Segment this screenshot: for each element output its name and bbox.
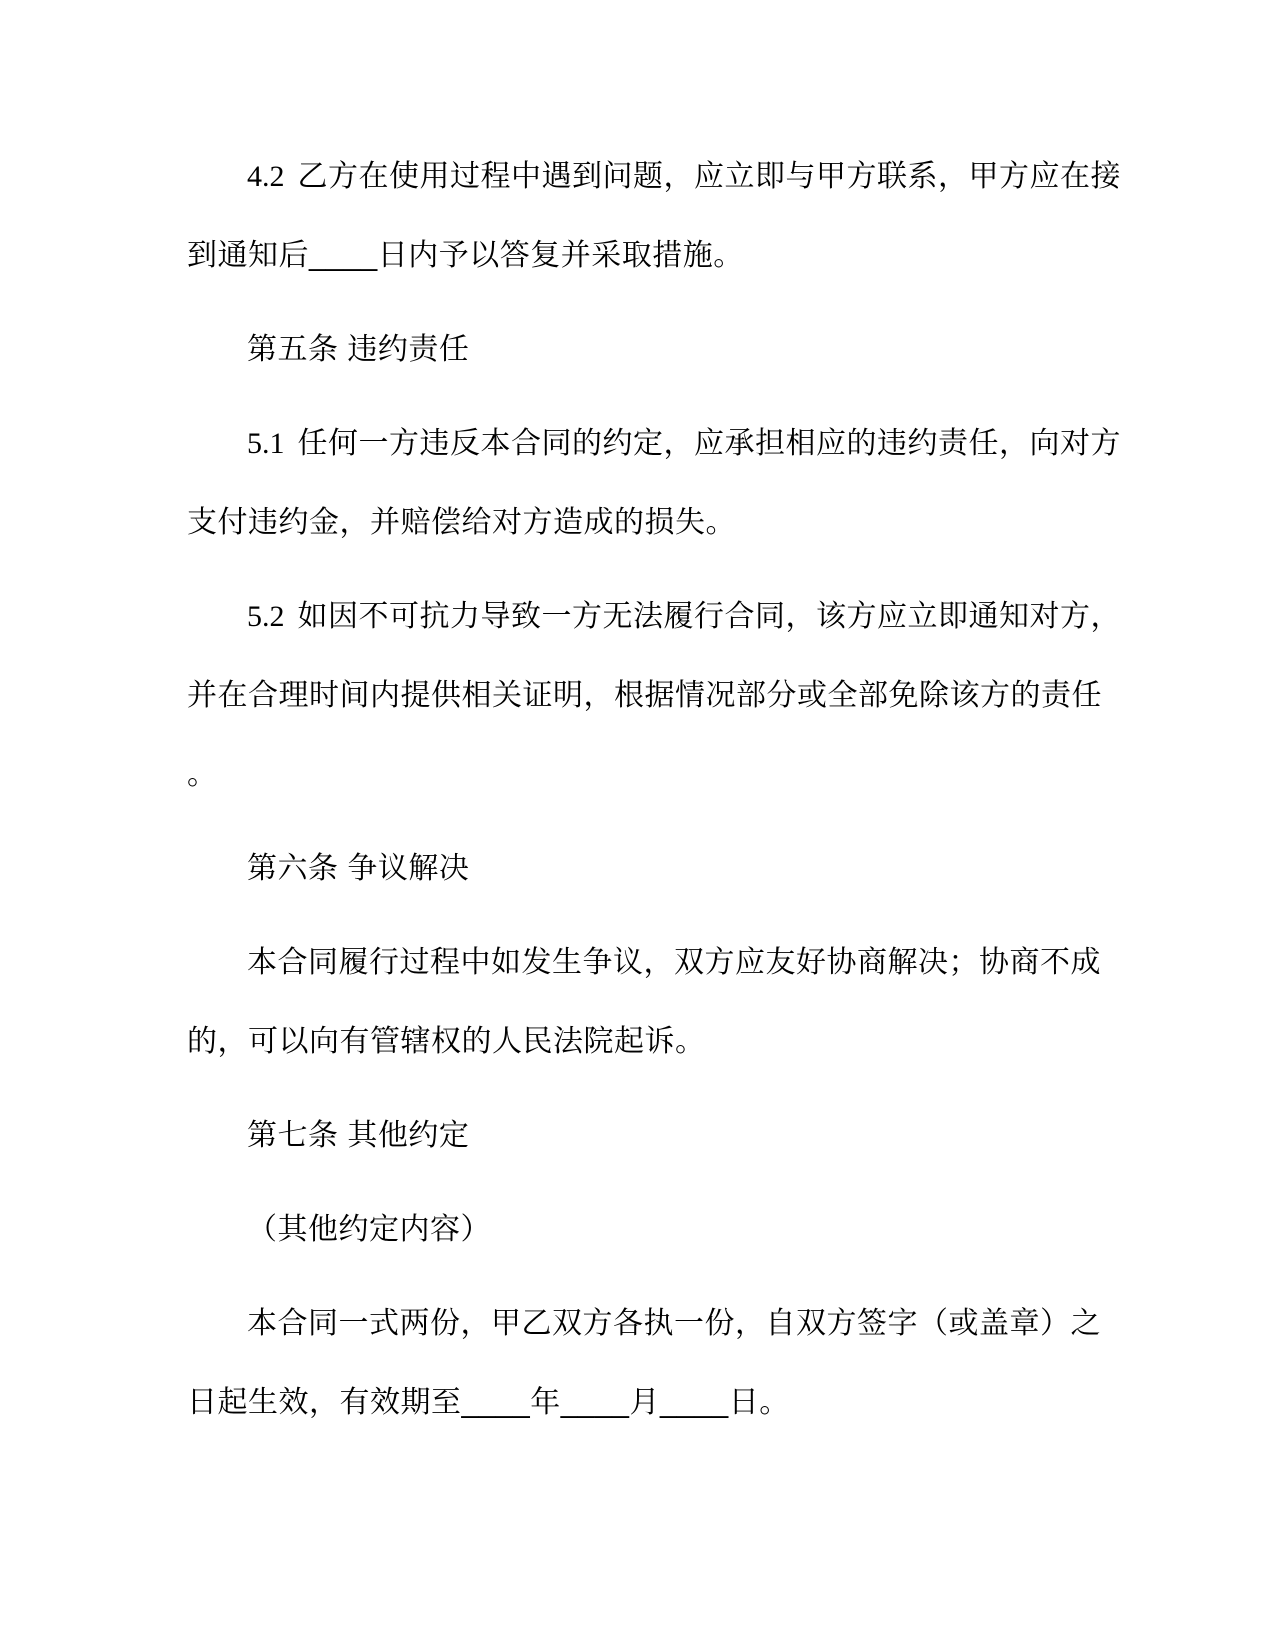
contract-paragraph: 本合同履行过程中如发生争议，双方应友好协商解决；协商不成的，可以向有管辖权的人民… [187,923,1085,1081]
paragraph-line: 第七条 其他约定 [187,1096,1085,1175]
contract-document-page: 4.2乙方在使用过程中遇到问题，应立即与甲方联系，甲方应在接到通知后____日内… [0,0,1275,1650]
clause-heading: 第七条 其他约定 [187,1096,1085,1175]
line-text: 如因不可抗力导致一方无法履行合同，该方应立即通知对方， [298,600,1122,633]
line-text: 乙方在使用过程中遇到问题，应立即与甲方联系，甲方应在接 [298,160,1122,193]
line-text: 支付违约金，并赔偿给对方造成的损失。 [187,506,736,539]
line-text: 。 [187,758,218,791]
line-text: 并在合理时间内提供相关证明，根据情况部分或全部免除该方的责任 [187,679,1102,712]
line-text: 第七条 其他约定 [247,1119,469,1152]
line-text: 本合同履行过程中如发生争议，双方应友好协商解决；协商不成 [247,946,1101,979]
line-text: 日起生效，有效期至____年____月____日。 [187,1386,790,1419]
paragraph-line: 本合同履行过程中如发生争议，双方应友好协商解决；协商不成 [187,923,1085,1002]
clause-number: 4.2 [247,160,285,193]
line-text: 第五条 违约责任 [247,333,469,366]
line-text: 的，可以向有管辖权的人民法院起诉。 [187,1025,706,1058]
paragraph-line: 到通知后____日内予以答复并采取措施。 [187,216,1085,295]
paragraph-line: 4.2乙方在使用过程中遇到问题，应立即与甲方联系，甲方应在接 [187,137,1085,216]
paragraph-line: （其他约定内容） [187,1190,1085,1269]
line-text: 本合同一式两份，甲乙双方各执一份，自双方签字（或盖章）之 [247,1307,1101,1340]
contract-paragraph: 5.1任何一方违反本合同的约定，应承担相应的违约责任，向对方支付违约金，并赔偿给… [187,404,1085,562]
paragraph-line: 5.1任何一方违反本合同的约定，应承担相应的违约责任，向对方 [187,404,1085,483]
clause-number: 5.1 [247,427,285,460]
clause-heading: 第五条 违约责任 [187,310,1085,389]
line-text: （其他约定内容） [247,1213,491,1246]
contract-paragraph: 本合同一式两份，甲乙双方各执一份，自双方签字（或盖章）之日起生效，有效期至___… [187,1284,1085,1442]
document-body: 4.2乙方在使用过程中遇到问题，应立即与甲方联系，甲方应在接到通知后____日内… [187,137,1085,1442]
paragraph-line: 日起生效，有效期至____年____月____日。 [187,1363,1085,1442]
contract-paragraph: （其他约定内容） [187,1190,1085,1269]
paragraph-line: 第六条 争议解决 [187,829,1085,908]
clause-number: 5.2 [247,600,285,633]
clause-heading: 第六条 争议解决 [187,829,1085,908]
paragraph-line: 。 [187,735,1085,814]
contract-paragraph: 5.2如因不可抗力导致一方无法履行合同，该方应立即通知对方，并在合理时间内提供相… [187,577,1085,814]
paragraph-line: 第五条 违约责任 [187,310,1085,389]
line-text: 任何一方违反本合同的约定，应承担相应的违约责任，向对方 [298,427,1122,460]
paragraph-line: 并在合理时间内提供相关证明，根据情况部分或全部免除该方的责任 [187,656,1085,735]
paragraph-line: 本合同一式两份，甲乙双方各执一份，自双方签字（或盖章）之 [187,1284,1085,1363]
paragraph-line: 5.2如因不可抗力导致一方无法履行合同，该方应立即通知对方， [187,577,1085,656]
contract-paragraph: 4.2乙方在使用过程中遇到问题，应立即与甲方联系，甲方应在接到通知后____日内… [187,137,1085,295]
line-text: 第六条 争议解决 [247,852,469,885]
line-text: 到通知后____日内予以答复并采取措施。 [187,239,744,272]
paragraph-line: 支付违约金，并赔偿给对方造成的损失。 [187,483,1085,562]
paragraph-line: 的，可以向有管辖权的人民法院起诉。 [187,1002,1085,1081]
